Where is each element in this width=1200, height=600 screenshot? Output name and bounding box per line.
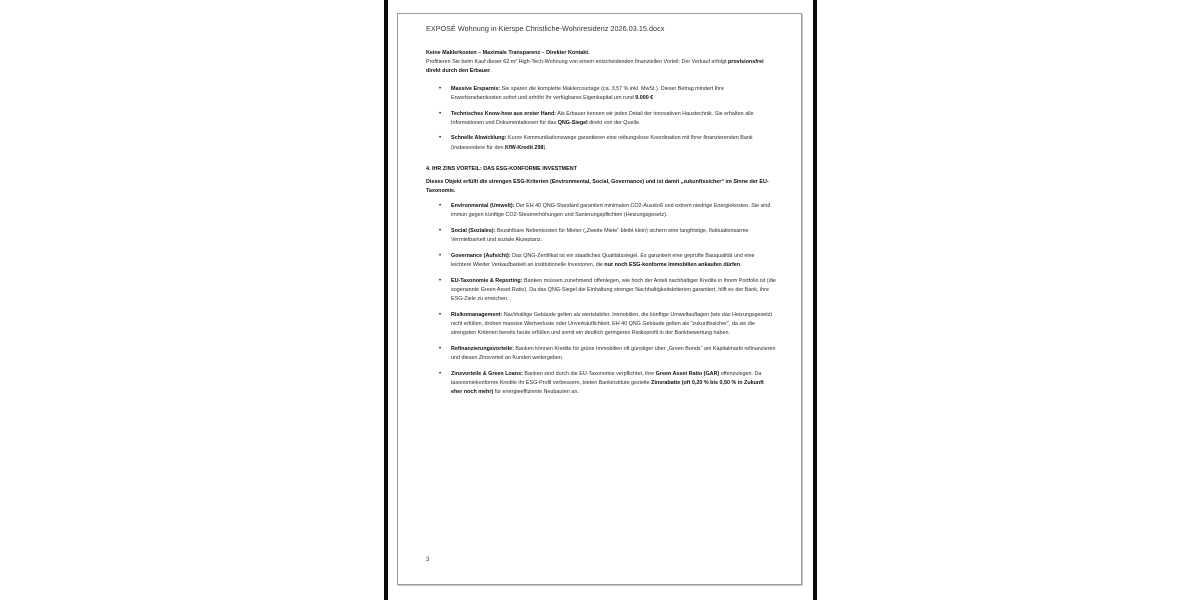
list-item: Social (Soziales): Bezahlbare Nebenkoste… — [451, 227, 776, 245]
viewer-right-edge — [813, 0, 817, 600]
list-item: Refinanzierungsvorteile: Banken können K… — [451, 345, 776, 363]
list-item: Massive Ersparnis: Sie sparen die komple… — [451, 85, 776, 103]
page-number: 3 — [426, 557, 429, 563]
commission-intro: Profitieren Sie beim Kauf dieser 62 m² H… — [426, 58, 776, 76]
esg-section-heading: 4. IHR ZINS VORTEIL: DAS ESG-KONFORME IN… — [426, 166, 776, 172]
viewer-left-edge — [384, 0, 388, 600]
list-item: Schnelle Abwicklung: Kurze Kommunikation… — [451, 134, 776, 152]
document-title: EXPOSÉ Wohnung in Kierspe Christliche-Wo… — [426, 24, 776, 33]
list-item: Risikomanagement: Nachhaltige Gebäude ge… — [451, 311, 776, 339]
commission-bullet-list: Massive Ersparnis: Sie sparen die komple… — [426, 85, 776, 153]
list-item: Environmental (Umwelt): Der EH 40 QNG-St… — [451, 202, 776, 220]
esg-bullet-list: Environmental (Umwelt): Der EH 40 QNG-St… — [426, 202, 776, 397]
esg-lead-paragraph: Dieses Objekt erfüllt die strengen ESG-K… — [426, 178, 776, 196]
commission-heading: Keine Maklerkosten – Maximale Transparen… — [426, 49, 776, 58]
list-item: Zinsvorteile & Green Loans: Banken sind … — [451, 370, 776, 398]
list-item: Technisches Know-how aus erster Hand: Al… — [451, 110, 776, 128]
list-item: Governance (Aufsicht): Das QNG-Zertifika… — [451, 252, 776, 270]
page-content: EXPOSÉ Wohnung in Kierspe Christliche-Wo… — [426, 24, 776, 404]
list-item: EU-Taxonomie & Reporting: Banken müssen … — [451, 277, 776, 305]
document-page: EXPOSÉ Wohnung in Kierspe Christliche-Wo… — [397, 13, 802, 585]
